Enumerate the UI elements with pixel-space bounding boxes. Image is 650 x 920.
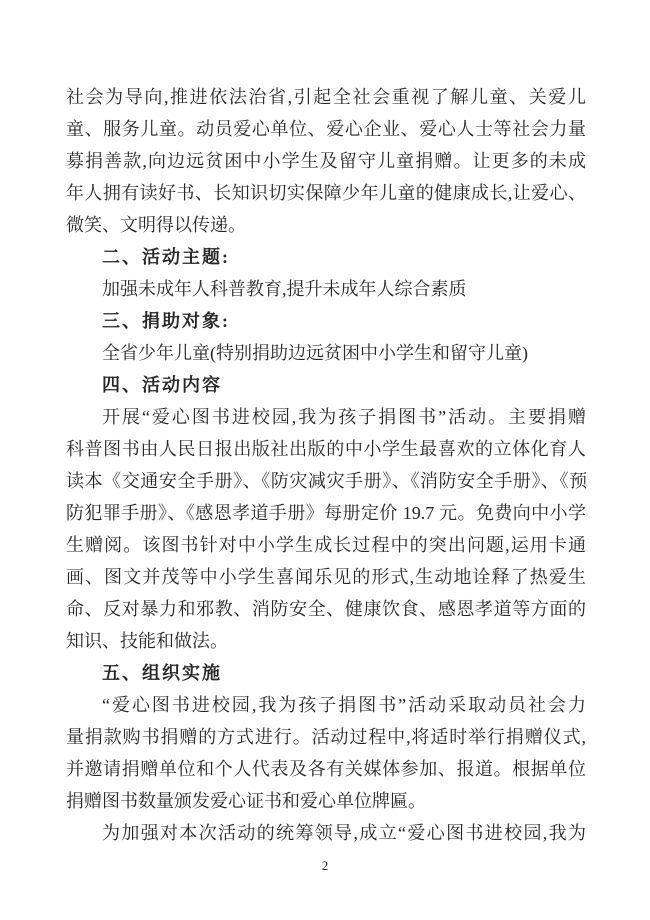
- text-line: “爱心图书进校园,我为孩子捐图书”活动采取动员社会力: [66, 689, 586, 721]
- text-line: 量捐款购书捐赠的方式进行。活动过程中,将适时举行捐赠仪式,: [66, 721, 586, 753]
- text-line: 募捐善款,向边远贫困中小学生及留守儿童捐赠。让更多的未成: [66, 145, 586, 177]
- text-line: 社会为导向,推进依法治省,引起全社会重视了解儿童、关爱儿: [66, 81, 586, 113]
- document-page: 社会为导向,推进依法治省,引起全社会重视了解儿童、关爱儿 童、服务儿童。动员爱心…: [0, 0, 650, 920]
- text-line: 加强未成年人科普教育,提升未成年人综合素质: [66, 273, 586, 305]
- text-line: 为加强对本次活动的统筹领导,成立“爱心图书进校园,我为: [66, 817, 586, 849]
- text-line: 捐赠图书数量颁发爱心证书和爱心单位牌匾。: [66, 785, 586, 817]
- text-line: 命、反对暴力和邪教、消防安全、健康饮食、感恩孝道等方面的: [66, 593, 586, 625]
- text-line: 并邀请捐赠单位和个人代表及各有关媒体参加、报道。根据单位: [66, 753, 586, 785]
- text-line: 生赠阅。该图书针对中小学生成长过程中的突出问题,运用卡通: [66, 529, 586, 561]
- section-heading-target: 三、捐助对象:: [66, 305, 586, 337]
- section-heading-theme: 二、活动主题:: [66, 241, 586, 273]
- text-line: 年人拥有读好书、长知识切实保障少年儿童的健康成长,让爱心、: [66, 177, 586, 209]
- text-line: 画、图文并茂等中小学生喜闻乐见的形式,生动地诠释了热爱生: [66, 561, 586, 593]
- section-heading-content: 四、活动内容: [66, 369, 586, 401]
- text-line: 微笑、文明得以传递。: [66, 209, 586, 241]
- text-line: 科普图书由人民日报出版社出版的中小学生最喜欢的立体化育人: [66, 433, 586, 465]
- text-line: 读本《交通安全手册》、《防灾减灾手册》、《消防安全手册》、《预: [66, 465, 586, 497]
- text-line: 童、服务儿童。动员爱心单位、爱心企业、爱心人士等社会力量: [66, 113, 586, 145]
- text-line: 防犯罪手册》、《感恩孝道手册》每册定价 19.7 元。免费向中小学: [66, 497, 586, 529]
- text-line: 知识、技能和做法。: [66, 625, 586, 657]
- section-heading-organize: 五、组织实施: [66, 657, 586, 689]
- text-line: 全省少年儿童(特别捐助边远贫困中小学生和留守儿童): [66, 337, 586, 369]
- text-line: 开展“爱心图书进校园,我为孩子捐图书”活动。主要捐赠: [66, 401, 586, 433]
- document-body: 社会为导向,推进依法治省,引起全社会重视了解儿童、关爱儿 童、服务儿童。动员爱心…: [66, 81, 586, 849]
- page-number: 2: [0, 858, 650, 874]
